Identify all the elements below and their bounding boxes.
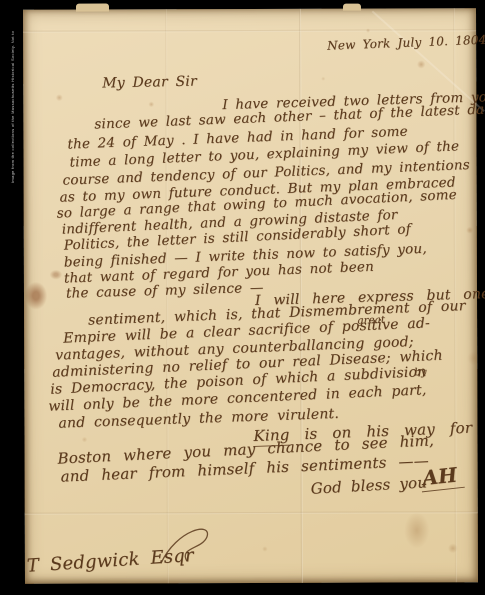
salutation: My Dear Sir: [102, 74, 197, 92]
closing-line: God bless you: [310, 473, 427, 497]
horizontal-fold-line: [25, 511, 478, 515]
dateline: New York July 10. 1804: [327, 33, 485, 53]
signature-monogram: AH: [419, 462, 464, 492]
interlinear-insertion: great: [357, 315, 385, 327]
interlinear-insertion: by: [414, 367, 427, 378]
torn-paper-tab: [343, 4, 361, 11]
scanned-letter: Image from the collections of the Massac…: [0, 0, 485, 595]
credit-strip: Image from the collections of the Massac…: [6, 28, 19, 186]
letter-paper: New York July 10. 1804 My Dear Sir I hav…: [23, 8, 478, 584]
flourish-swash: [155, 521, 225, 566]
torn-paper-tab: [76, 3, 109, 11]
horizontal-fold-line: [23, 29, 476, 33]
